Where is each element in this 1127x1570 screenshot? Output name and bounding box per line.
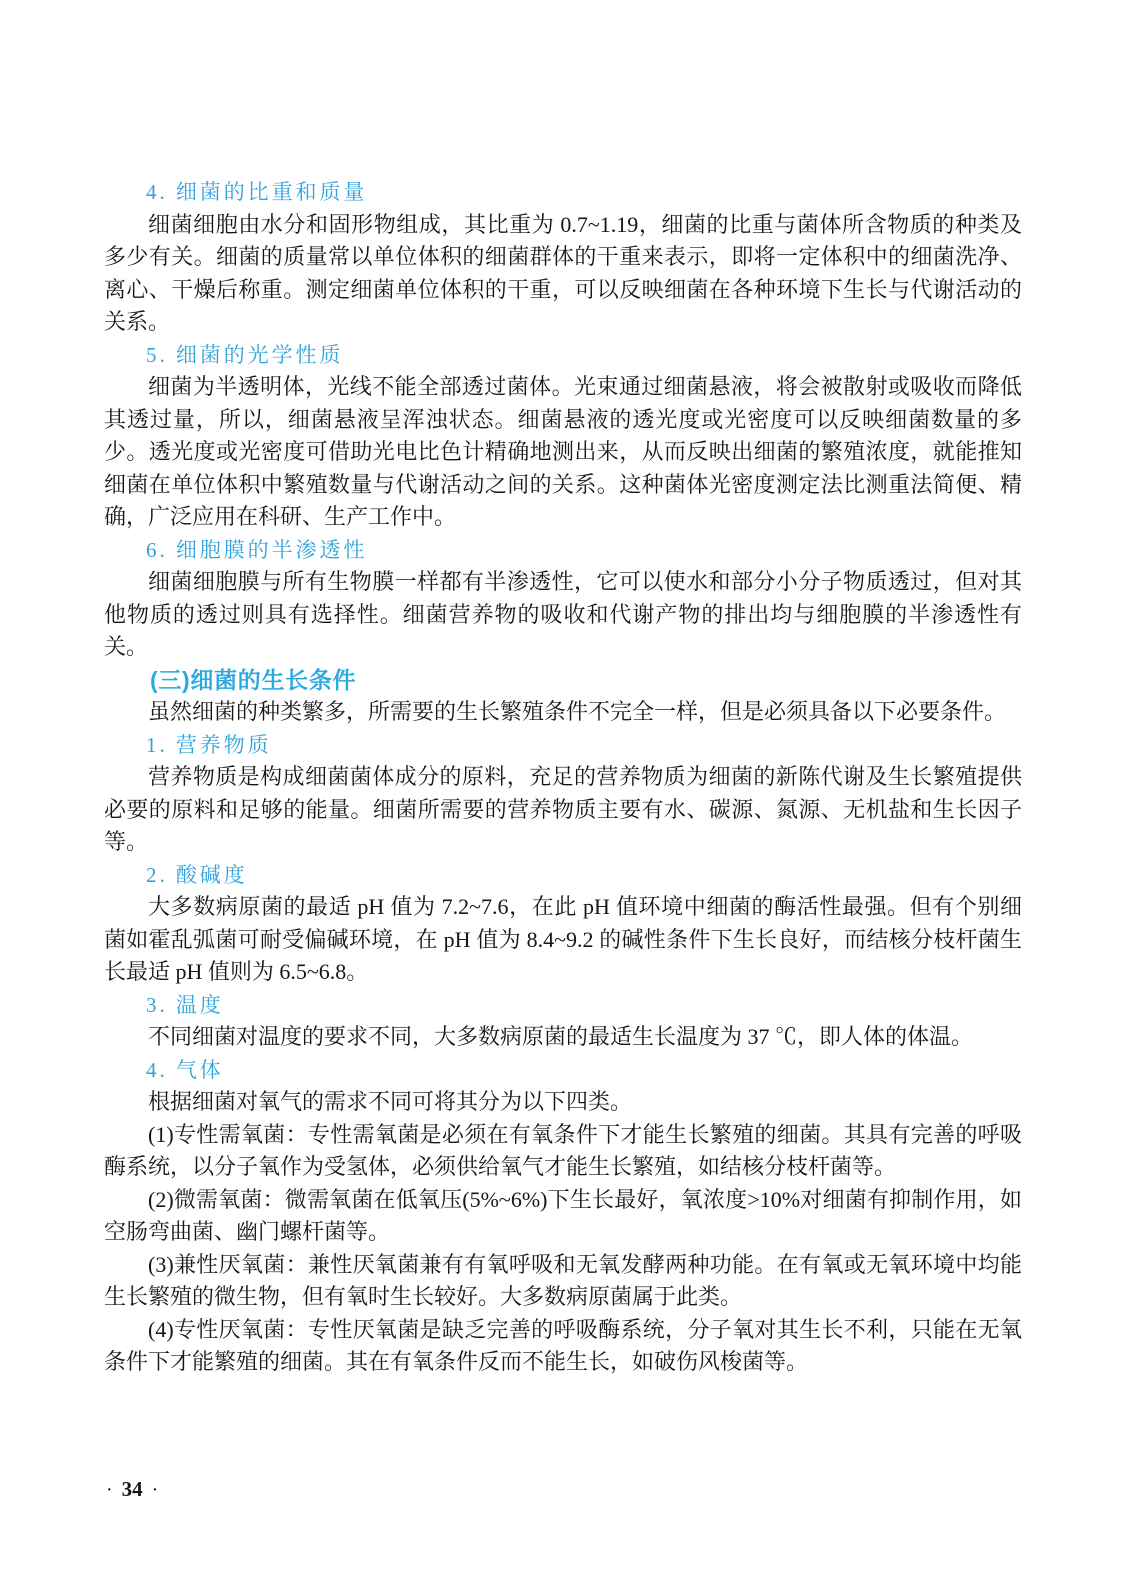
body-paragraph: (3)兼性厌氧菌：兼性厌氧菌兼有有氧呼吸和无氧发酵两种功能。在有氧或无氧环境中均… (104, 1249, 1022, 1314)
numbered-subheading: 2. 酸碱度 (104, 859, 1022, 892)
body-paragraph: 细菌细胞膜与所有生物膜一样都有半渗透性，它可以使水和部分小分子物质透过，但对其他… (104, 566, 1022, 664)
numbered-subheading: 4. 气体 (104, 1054, 1022, 1087)
body-paragraph: (4)专性厌氧菌：专性厌氧菌是缺乏完善的呼吸酶系统，分子氧对其生长不利，只能在无… (104, 1314, 1022, 1379)
body-paragraph: (2)微需氧菌：微需氧菌在低氧压(5%~6%)下生长最好，氧浓度>10%对细菌有… (104, 1184, 1022, 1249)
numbered-subheading: 5. 细菌的光学性质 (104, 339, 1022, 372)
numbered-subheading: 3. 温度 (104, 989, 1022, 1022)
document-page: 4. 细菌的比重和质量细菌细胞由水分和固形物组成，其比重为 0.7~1.19，细… (0, 0, 1127, 1570)
page-number: ·34· (106, 1477, 158, 1502)
page-content: 4. 细菌的比重和质量细菌细胞由水分和固形物组成，其比重为 0.7~1.19，细… (104, 176, 1022, 1379)
body-paragraph: 细菌细胞由水分和固形物组成，其比重为 0.7~1.19，细菌的比重与菌体所含物质… (104, 209, 1022, 339)
numbered-subheading: 4. 细菌的比重和质量 (104, 176, 1022, 209)
page-number-dot-left: · (106, 1479, 113, 1501)
body-paragraph: (1)专性需氧菌：专性需氧菌是必须在有氧条件下才能生长繁殖的细菌。其具有完善的呼… (104, 1119, 1022, 1184)
numbered-subheading: 6. 细胞膜的半渗透性 (104, 534, 1022, 567)
body-paragraph: 大多数病原菌的最适 pH 值为 7.2~7.6，在此 pH 值环境中细菌的酶活性… (104, 891, 1022, 989)
body-paragraph: 不同细菌对温度的要求不同，大多数病原菌的最适生长温度为 37 ℃，即人体的体温。 (104, 1021, 1022, 1054)
body-paragraph: 细菌为半透明体，光线不能全部透过菌体。光束通过细菌悬液，将会被散射或吸收而降低其… (104, 371, 1022, 534)
page-number-dot-right: · (152, 1479, 159, 1501)
body-paragraph: 营养物质是构成细菌菌体成分的原料，充足的营养物质为细菌的新陈代谢及生长繁殖提供必… (104, 761, 1022, 859)
numbered-subheading: 1. 营养物质 (104, 729, 1022, 762)
page-number-value: 34 (122, 1477, 143, 1501)
section-heading: (三)细菌的生长条件 (104, 664, 1022, 697)
body-paragraph: 虽然细菌的种类繁多，所需要的生长繁殖条件不完全一样，但是必须具备以下必要条件。 (104, 696, 1022, 729)
body-paragraph: 根据细菌对氧气的需求不同可将其分为以下四类。 (104, 1086, 1022, 1119)
